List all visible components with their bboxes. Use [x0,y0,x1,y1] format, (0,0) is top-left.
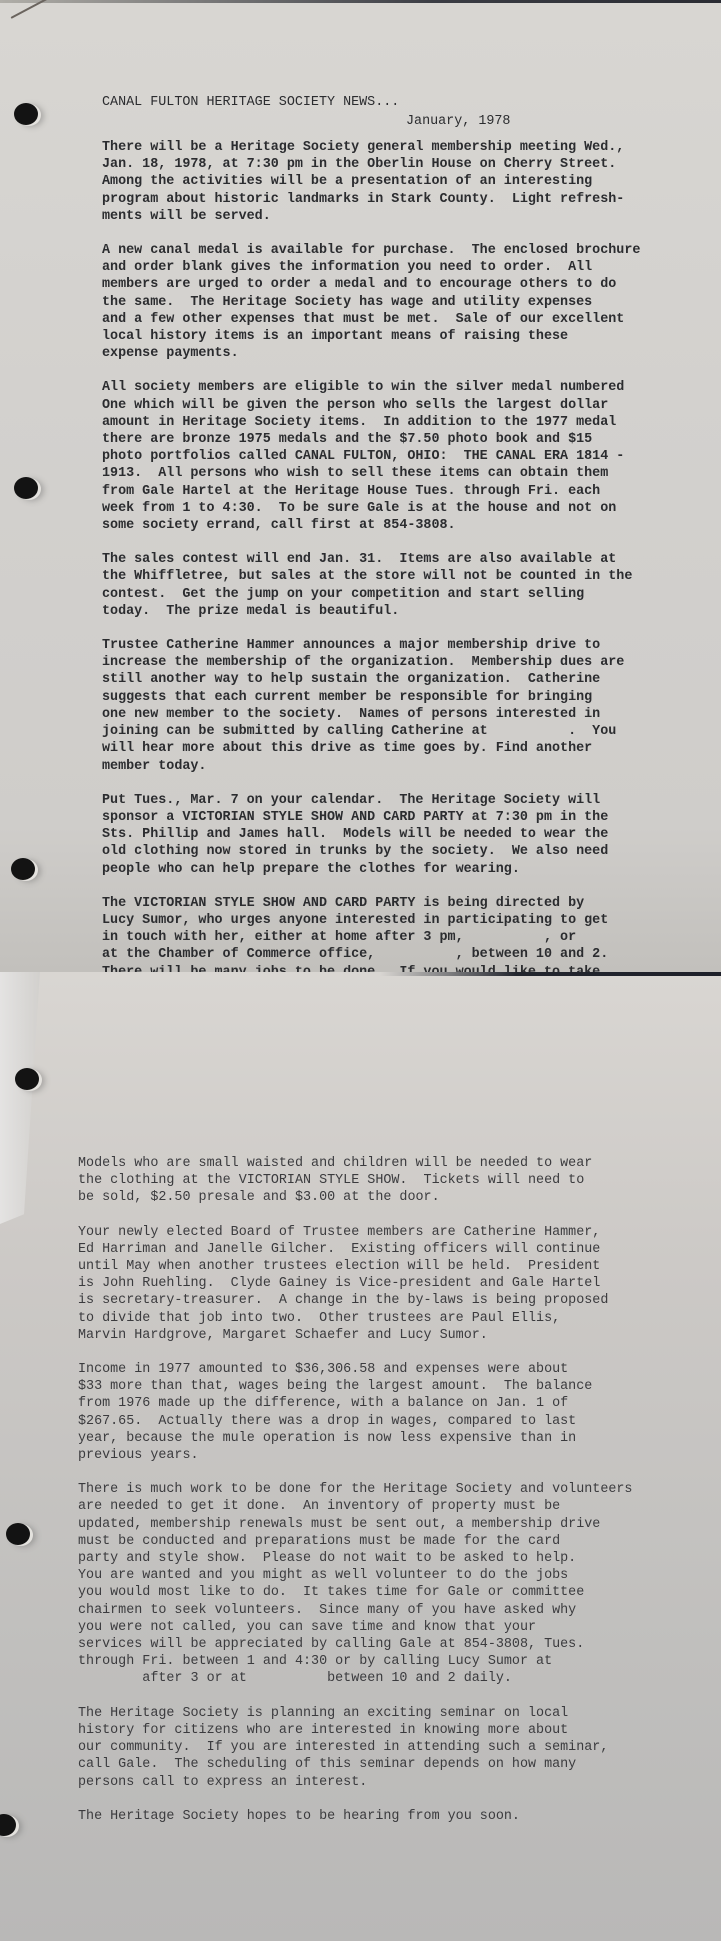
text-line: you would most like to do. It takes time… [78,1584,632,1601]
text-line: All society members are eligible to win … [102,379,640,396]
text-line: previous years. [78,1447,632,1464]
text-line: will hear more about this drive as time … [102,740,640,757]
text-line: photo portfolios called CANAL FULTON, OH… [102,448,640,465]
text-line: and a few other expenses that must be me… [102,311,640,328]
paragraph: The Heritage Society hopes to be hearing… [78,1808,632,1825]
text-line: Trustee Catherine Hammer announces a maj… [102,637,640,654]
punch-hole-icon [0,1814,16,1836]
text-line: $267.65. Actually there was a drop in wa… [78,1413,632,1430]
text-line: Your newly elected Board of Trustee memb… [78,1224,632,1241]
newsletter-page-2: Models who are small waisted and childre… [0,972,721,1941]
text-line: party and style show. Please do not wait… [78,1550,632,1567]
text-line: is secretary-treasurer. A change in the … [78,1292,632,1309]
text-line: member today. [102,758,640,775]
text-line: Jan. 18, 1978, at 7:30 pm in the Oberlin… [102,156,640,173]
paragraph: Income in 1977 amounted to $36,306.58 an… [78,1361,632,1464]
text-line: history for citizens who are interested … [78,1722,632,1739]
text-line: and order blank gives the information yo… [102,259,640,276]
text-line: joining can be submitted by calling Cath… [102,723,640,740]
punch-hole-icon [15,1068,39,1090]
text-line: contest. Get the jump on your competitio… [102,586,640,603]
page-top-edge [0,0,721,3]
newsletter-title: CANAL FULTON HERITAGE SOCIETY NEWS... [102,95,399,110]
text-line: still another way to help sustain the or… [102,671,640,688]
paragraph: All society members are eligible to win … [102,379,640,534]
text-line: the Whiffletree, but sales at the store … [102,568,640,585]
text-line: suggests that each current member be res… [102,689,640,706]
paragraph: Models who are small waisted and childre… [78,1155,632,1207]
text-line: Among the activities will be a presentat… [102,173,640,190]
text-line: $33 more than that, wages being the larg… [78,1378,632,1395]
paragraph: There is much work to be done for the He… [78,1481,632,1687]
text-line: local history items is an important mean… [102,328,640,345]
paragraph: The Heritage Society is planning an exci… [78,1705,632,1791]
text-line: persons call to express an interest. [78,1774,632,1791]
text-line: Marvin Hardgrove, Margaret Schaefer and … [78,1327,632,1344]
text-line: until May when another trustees election… [78,1258,632,1275]
text-line: today. The prize medal is beautiful. [102,603,640,620]
paragraph: There will be a Heritage Society general… [102,139,640,225]
paragraph: The sales contest will end Jan. 31. Item… [102,551,640,620]
text-line: services will be appreciated by calling … [78,1636,632,1653]
paragraph: Trustee Catherine Hammer announces a maj… [102,637,640,775]
text-line: from Gale Hartel at the Heritage House T… [102,483,640,500]
text-line: at the Chamber of Commerce office, , bet… [102,946,640,963]
page-top-edge [380,972,721,976]
punch-hole-icon [6,1523,30,1545]
text-line: through Fri. between 1 and 4:30 or by ca… [78,1653,632,1670]
text-line: the same. The Heritage Society has wage … [102,294,640,311]
page-1-body: There will be a Heritage Society general… [102,139,640,1067]
paragraph: A new canal medal is available for purch… [102,242,640,362]
text-line: after 3 or at between 10 and 2 daily. [78,1670,632,1687]
text-line: sponsor a VICTORIAN STYLE SHOW AND CARD … [102,809,640,826]
text-line: There is much work to be done for the He… [78,1481,632,1498]
text-line: week from 1 to 4:30. To be sure Gale is … [102,500,640,517]
text-line: You are wanted and you might as well vol… [78,1567,632,1584]
punch-hole-icon [14,477,38,499]
text-line: to divide that job into two. Other trust… [78,1310,632,1327]
text-line: people who can help prepare the clothes … [102,861,640,878]
text-line: Ed Harriman and Janelle Gilcher. Existin… [78,1241,632,1258]
text-line: must be conducted and preparations must … [78,1533,632,1550]
text-line: some society errand, call first at 854-3… [102,517,640,534]
text-line: amount in Heritage Society items. In add… [102,414,640,431]
punch-hole-icon [14,103,38,125]
text-line: The Heritage Society is planning an exci… [78,1705,632,1722]
text-line: expense payments. [102,345,640,362]
text-line: be sold, $2.50 presale and $3.00 at the … [78,1189,632,1206]
text-line: The sales contest will end Jan. 31. Item… [102,551,640,568]
text-line: year, because the mule operation is now … [78,1430,632,1447]
newsletter-page-1: CANAL FULTON HERITAGE SOCIETY NEWS... Ja… [0,0,721,972]
text-line: one new member to the society. Names of … [102,706,640,723]
text-line: There will be a Heritage Society general… [102,139,640,156]
page-fold [0,972,40,1941]
text-line: ments will be served. [102,208,640,225]
text-line: in touch with her, either at home after … [102,929,640,946]
text-line: The Heritage Society hopes to be hearing… [78,1808,632,1825]
text-line: Models who are small waisted and childre… [78,1155,632,1172]
text-line: Sts. Phillip and James hall. Models will… [102,826,640,843]
text-line: from 1976 made up the difference, with a… [78,1395,632,1412]
text-line: are needed to get it done. An inventory … [78,1498,632,1515]
text-line: Income in 1977 amounted to $36,306.58 an… [78,1361,632,1378]
text-line: program about historic landmarks in Star… [102,191,640,208]
text-line: A new canal medal is available for purch… [102,242,640,259]
page-2-body: Models who are small waisted and childre… [78,1155,632,1842]
text-line: call Gale. The scheduling of this semina… [78,1756,632,1773]
punch-hole-icon [11,858,35,880]
text-line: you were not called, you can save time a… [78,1619,632,1636]
text-line: One which will be given the person who s… [102,397,640,414]
text-line: chairmen to seek volunteers. Since many … [78,1602,632,1619]
text-line: increase the membership of the organizat… [102,654,640,671]
text-line: is John Ruehling. Clyde Gainey is Vice-p… [78,1275,632,1292]
text-line: 1913. All persons who wish to sell these… [102,465,640,482]
paragraph: Put Tues., Mar. 7 on your calendar. The … [102,792,640,878]
text-line: the clothing at the VICTORIAN STYLE SHOW… [78,1172,632,1189]
text-line: our community. If you are interested in … [78,1739,632,1756]
text-line: updated, membership renewals must be sen… [78,1516,632,1533]
paragraph: Your newly elected Board of Trustee memb… [78,1224,632,1344]
newsletter-date: January, 1978 [406,114,510,129]
text-line: old clothing now stored in trunks by the… [102,843,640,860]
text-line: there are bronze 1975 medals and the $7.… [102,431,640,448]
text-line: The VICTORIAN STYLE SHOW AND CARD PARTY … [102,895,640,912]
text-line: Lucy Sumor, who urges anyone interested … [102,912,640,929]
text-line: members are urged to order a medal and t… [102,276,640,293]
text-line: Put Tues., Mar. 7 on your calendar. The … [102,792,640,809]
